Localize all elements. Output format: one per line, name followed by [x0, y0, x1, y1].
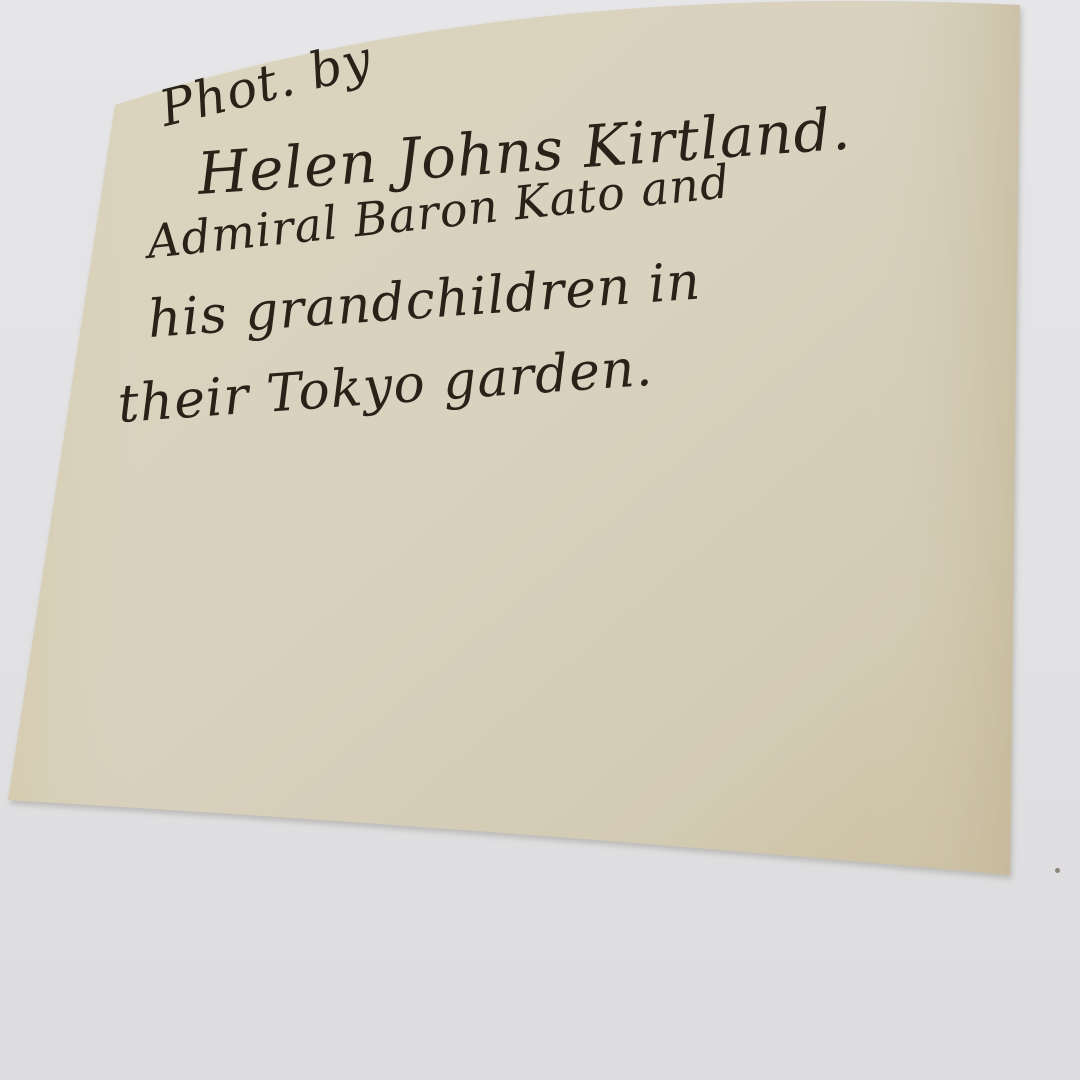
photo-scene: Phot. by Helen Johns Kirtland. Admiral B…: [0, 0, 1080, 1080]
speck: [1055, 868, 1060, 873]
